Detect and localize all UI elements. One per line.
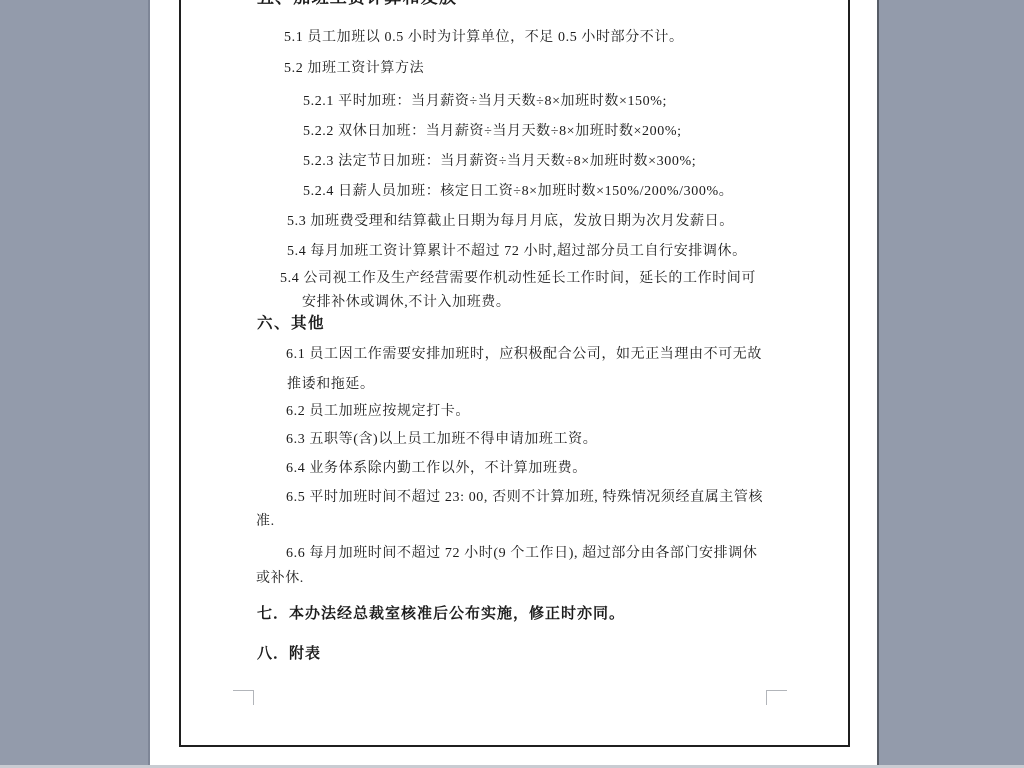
doc-line-p-5-2-2: 5.2.2 双休日加班：当月薪资÷当月天数÷8×加班时数×200%; — [303, 124, 682, 139]
doc-line-p-5-4b: 5.4 公司视工作及生产经营需要作机动性延长工作时间，延长的工作时间可 — [280, 271, 756, 286]
document-text-layer: 五、加班工资计算和发放5.1 员工加班以 0.5 小时为计算单位，不足 0.5 … — [0, 0, 1024, 768]
doc-line-p-6-5: 6.5 平时加班时间不超过 23: 00, 否则不计算加班, 特殊情况须经直属主… — [286, 490, 763, 505]
doc-line-p-5-4b-cont: 安排补休或调休,不计入加班费。 — [302, 295, 511, 310]
doc-line-heading-5: 五、加班工资计算和发放 — [257, 0, 457, 5]
doc-line-p-6-3: 6.3 五职等(含)以上员工加班不得申请加班工资。 — [286, 432, 597, 447]
doc-line-p-6-1-cont: 推诿和拖延。 — [287, 377, 375, 392]
doc-line-p-6-5-cont: 准. — [256, 514, 275, 529]
doc-line-p-6-1: 6.1 员工因工作需要安排加班时，应积极配合公司，如无正当理由不可无故 — [286, 347, 762, 362]
doc-line-p-5-2-3: 5.2.3 法定节日加班：当月薪资÷当月天数÷8×加班时数×300%; — [303, 154, 696, 169]
doc-line-p-6-6-cont: 或补休. — [256, 571, 304, 586]
document-preview-canvas: 五、加班工资计算和发放5.1 员工加班以 0.5 小时为计算单位，不足 0.5 … — [0, 0, 1024, 768]
doc-line-p-5-2-1: 5.2.1 平时加班：当月薪资÷当月天数÷8×加班时数×150%; — [303, 94, 667, 109]
doc-line-p-6-6: 6.6 每月加班时间不超过 72 小时(9 个工作日), 超过部分由各部门安排调… — [286, 546, 757, 561]
text-boundary-mark-left — [233, 690, 254, 705]
doc-line-p-5-2-4: 5.2.4 日薪人员加班：核定日工资÷8×加班时数×150%/200%/300%… — [303, 184, 733, 199]
doc-line-p-6-4: 6.4 业务体系除内勤工作以外，不计算加班费。 — [286, 461, 587, 476]
doc-line-heading-7: 七．本办法经总裁室核准后公布实施，修正时亦同。 — [257, 607, 625, 622]
doc-line-heading-8: 八．附表 — [257, 647, 321, 662]
doc-line-p-5-2: 5.2 加班工资计算方法 — [284, 61, 424, 76]
doc-line-heading-6: 六、其他 — [257, 316, 325, 331]
text-boundary-mark-right — [766, 690, 787, 705]
doc-line-p-5-3: 5.3 加班费受理和结算截止日期为每月月底，发放日期为次月发薪日。 — [287, 214, 734, 229]
doc-line-p-5-1: 5.1 员工加班以 0.5 小时为计算单位，不足 0.5 小时部分不计。 — [284, 30, 684, 45]
doc-line-p-6-2: 6.2 员工加班应按规定打卡。 — [286, 404, 470, 419]
doc-line-p-5-4a: 5.4 每月加班工资计算累计不超过 72 小时,超过部分员工自行安排调休。 — [287, 244, 747, 259]
